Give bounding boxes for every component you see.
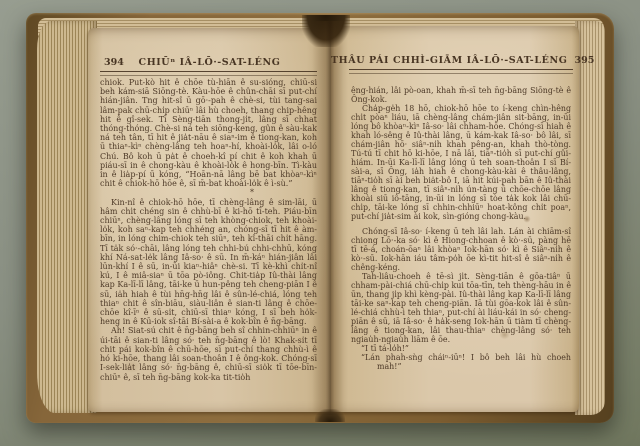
left-header-rule [100, 71, 317, 76]
spine-notch-bottom [315, 409, 345, 422]
right-header-rule [349, 69, 573, 74]
paragraph: chiok. Put-kò hit ê chōe tù-hiān ê su-si… [100, 78, 317, 188]
left-page-number: 394 [104, 57, 124, 68]
paragraph: Tah-liâu-choeh ê tē-sì ji̍t. Sèng-tiān ê… [351, 272, 571, 344]
spine-notch-top [302, 15, 350, 47]
open-book: 394 CHIŪⁿ IÂ-LŌ·-SAT-LÉNG chiok. Put-kò … [26, 13, 614, 423]
right-running-head: THÂU PÁI CHHÌ-GIĀM IÂ-LŌ·-SAT-LÉNG395 [331, 55, 579, 66]
right-running-head-title: THÂU PÁI CHHÌ-GIĀM IÂ-LŌ·-SAT-LÉNG [331, 55, 567, 66]
book-photograph: 394 CHIŪⁿ IÂ-LŌ·-SAT-LÉNG chiok. Put-kò … [0, 0, 640, 446]
left-running-head-title: CHIŪⁿ IÂ-LŌ·-SAT-LÉNG [139, 57, 281, 68]
paragraph: Ah! Siat-sú chit ê n̄g-bāng beh sî chhin… [100, 326, 317, 381]
right-page-text: êng-hián, lâi pò-oan, khah m̄-sī teh n̄g… [351, 86, 571, 400]
dialogue-line: “Lán phah-sǹg cháiⁿ-iūⁿ! I bô beh lâi hù… [351, 353, 571, 371]
paragraph: Cha̍p-ge̍h 18 hō, chiok-hō hōe to í-keng… [351, 104, 571, 221]
paragraph: Kin-nî ê chiok-hō hōe, tī chèng-lâng ê s… [100, 198, 317, 327]
left-running-head: 394 CHIŪⁿ IÂ-LŌ·-SAT-LÉNG [88, 57, 331, 68]
dialogue-line: “I tī tá-lo̍h!” [351, 344, 571, 353]
left-page-text: chiok. Put-kò hit ê chōe tù-hiān ê su-si… [100, 78, 317, 402]
paragraph: Chóng-sī Iâ-so· í-keng ū teh lâi lah. Lá… [351, 227, 571, 272]
right-page: THÂU PÁI CHHÌ-GIĀM IÂ-LŌ·-SAT-LÉNG395 ên… [331, 26, 579, 412]
paragraph: êng-hián, lâi pò-oan, khah m̄-sī teh n̄g… [351, 86, 571, 104]
left-page: 394 CHIŪⁿ IÂ-LŌ·-SAT-LÉNG chiok. Put-kò … [88, 28, 331, 412]
footnote-asterisk: * [100, 188, 317, 197]
fore-edge-stack-right [575, 21, 605, 415]
right-page-number: 395 [574, 55, 594, 66]
